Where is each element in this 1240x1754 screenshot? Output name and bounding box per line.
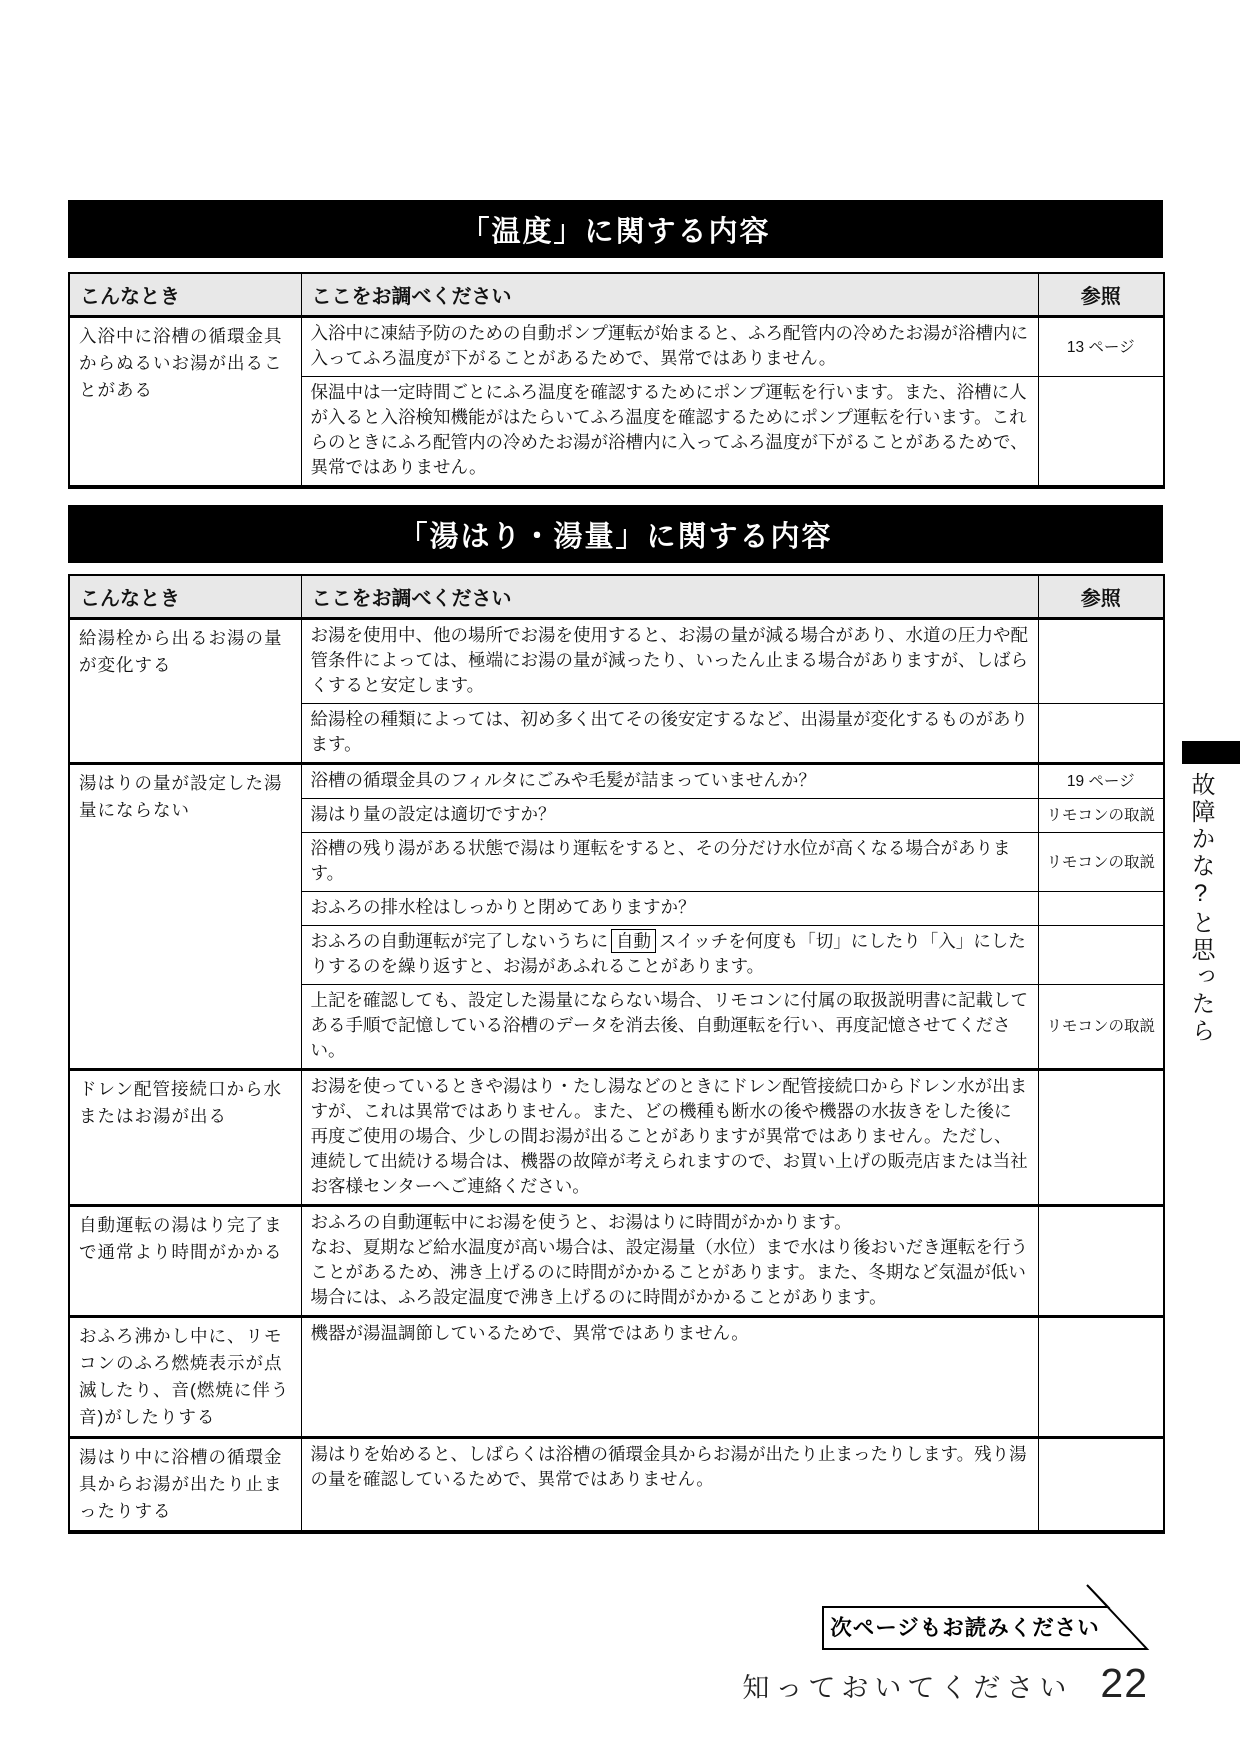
- check-cell: 給湯栓の種類によっては、初め多く出てその後安定するなど、出湯量が変化するものがあ…: [301, 704, 1038, 764]
- check-cell: 機器が湯温調節しているためで、異常ではありません。: [301, 1317, 1038, 1438]
- ref-cell: リモコンの取説: [1038, 799, 1164, 833]
- ref-cell: [1038, 1070, 1164, 1206]
- col-header-when: こんなとき: [69, 273, 301, 317]
- ref-cell: [1038, 619, 1164, 704]
- symptom-cell: 自動運転の湯はり完了まで通常より時間がかかる: [69, 1206, 301, 1317]
- filling-table: こんなとき ここをお調べください 参照 給湯栓から出るお湯の量が変化する お湯を…: [68, 574, 1165, 1534]
- check-cell: 保温中は一定時間ごとにふろ温度を確認するためにポンプ運転を行います。また、浴槽に…: [301, 377, 1038, 488]
- next-page-arrow: 次ページもお読みください: [815, 1578, 1160, 1656]
- col-header-ref: 参照: [1038, 575, 1164, 619]
- table-row: 自動運転の湯はり完了まで通常より時間がかかる おふろの自動運転中にお湯を使うと、…: [69, 1206, 1164, 1317]
- check-cell: お湯を使用中、他の場所でお湯を使用すると、お湯の量が減る場合があり、水道の圧力や…: [301, 619, 1038, 704]
- table-row: ドレン配管接続口から水またはお湯が出る お湯を使っているときや湯はり・たし湯など…: [69, 1070, 1164, 1206]
- check-cell: お湯を使っているときや湯はり・たし湯などのときにドレン配管接続口からドレン水が出…: [301, 1070, 1038, 1206]
- ref-cell: リモコンの取説: [1038, 833, 1164, 892]
- check-cell: おふろの自動運転が完了しないうちに自動スイッチを何度も「切」にしたり「入」にした…: [301, 926, 1038, 985]
- section-banner-filling: 「湯はり・湯量」に関する内容: [68, 505, 1163, 563]
- table-row: 湯はりの量が設定した湯量にならない 浴槽の循環金具のフィルタにごみや毛髪が詰まっ…: [69, 764, 1164, 799]
- ref-cell: [1038, 892, 1164, 926]
- ref-cell: [1038, 1317, 1164, 1438]
- symptom-cell: 給湯栓から出るお湯の量が変化する: [69, 619, 301, 764]
- ref-cell: リモコンの取説: [1038, 985, 1164, 1070]
- auto-switch-keyword: 自動: [611, 929, 656, 953]
- ref-cell: 19 ページ: [1038, 764, 1164, 799]
- check-cell: 湯はりを始めると、しばらくは浴槽の循環金具からお湯が出たり止まったりします。残り…: [301, 1438, 1038, 1533]
- check-cell: おふろの自動運転中にお湯を使うと、お湯はりに時間がかかります。 なお、夏期など給…: [301, 1206, 1038, 1317]
- symptom-cell: ドレン配管接続口から水またはお湯が出る: [69, 1070, 301, 1206]
- check-cell: 浴槽の残り湯がある状態で湯はり運転をすると、その分だけ水位が高くなる場合がありま…: [301, 833, 1038, 892]
- check-text-pre: おふろの自動運転が完了しないうちに: [311, 931, 609, 951]
- ref-cell: [1038, 926, 1164, 985]
- ref-cell: [1038, 1206, 1164, 1317]
- check-cell: 上記を確認しても、設定した湯量にならない場合、リモコンに付属の取扱説明書に記載し…: [301, 985, 1038, 1070]
- ref-cell: [1038, 1438, 1164, 1533]
- next-page-note: 次ページもお読みください: [830, 1615, 1100, 1640]
- col-header-check: ここをお調べください: [301, 273, 1038, 317]
- col-header-check: ここをお調べください: [301, 575, 1038, 619]
- page-footer: 知っておいてください 22: [742, 1660, 1148, 1707]
- ref-cell: [1038, 377, 1164, 488]
- check-cell: 浴槽の循環金具のフィルタにごみや毛髪が詰まっていませんか？: [301, 764, 1038, 799]
- section-banner-temperature: 「温度」に関する内容: [68, 200, 1163, 258]
- manual-page: 「温度」に関する内容 こんなとき ここをお調べください 参照 入浴中に浴槽の循環…: [0, 0, 1240, 1754]
- symptom-cell: おふろ沸かし中に、リモコンのふろ燃焼表示が点滅したり、音(燃焼に伴う音)がしたり…: [69, 1317, 301, 1438]
- table-header-row: こんなとき ここをお調べください 参照: [69, 273, 1164, 317]
- check-cell: 入浴中に凍結予防のための自動ポンプ運転が始まると、ふろ配管内の冷めたお湯が浴槽内…: [301, 317, 1038, 377]
- temperature-table: こんなとき ここをお調べください 参照 入浴中に浴槽の循環金具からぬるいお湯が出…: [68, 272, 1165, 489]
- symptom-cell: 湯はりの量が設定した湯量にならない: [69, 764, 301, 1070]
- symptom-cell: 湯はり中に浴槽の循環金具からお湯が出たり止まったりする: [69, 1438, 301, 1533]
- ref-cell: [1038, 704, 1164, 764]
- table-row: おふろ沸かし中に、リモコンのふろ燃焼表示が点滅したり、音(燃焼に伴う音)がしたり…: [69, 1317, 1164, 1438]
- table-row: 湯はり中に浴槽の循環金具からお湯が出たり止まったりする 湯はりを始めると、しばら…: [69, 1438, 1164, 1533]
- page-number: 22: [1100, 1660, 1148, 1707]
- table-row: 入浴中に浴槽の循環金具からぬるいお湯が出ることがある 入浴中に凍結予防のための自…: [69, 317, 1164, 377]
- table-header-row: こんなとき ここをお調べください 参照: [69, 575, 1164, 619]
- ref-cell: 13 ページ: [1038, 317, 1164, 377]
- check-cell: 湯はり量の設定は適切ですか？: [301, 799, 1038, 833]
- col-header-ref: 参照: [1038, 273, 1164, 317]
- footer-section-title: 知っておいてください: [742, 1666, 1072, 1705]
- table-row: 給湯栓から出るお湯の量が変化する お湯を使用中、他の場所でお湯を使用すると、お湯…: [69, 619, 1164, 704]
- chapter-tab-marker: [1182, 741, 1240, 764]
- chapter-label-vertical: 故障かな?と思ったら: [1183, 772, 1218, 1045]
- col-header-when: こんなとき: [69, 575, 301, 619]
- section-title: 「温度」に関する内容: [460, 209, 770, 250]
- check-cell: おふろの排水栓はしっかりと閉めてありますか？: [301, 892, 1038, 926]
- symptom-cell: 入浴中に浴槽の循環金具からぬるいお湯が出ることがある: [69, 317, 301, 488]
- section-title: 「湯はり・湯量」に関する内容: [398, 514, 832, 555]
